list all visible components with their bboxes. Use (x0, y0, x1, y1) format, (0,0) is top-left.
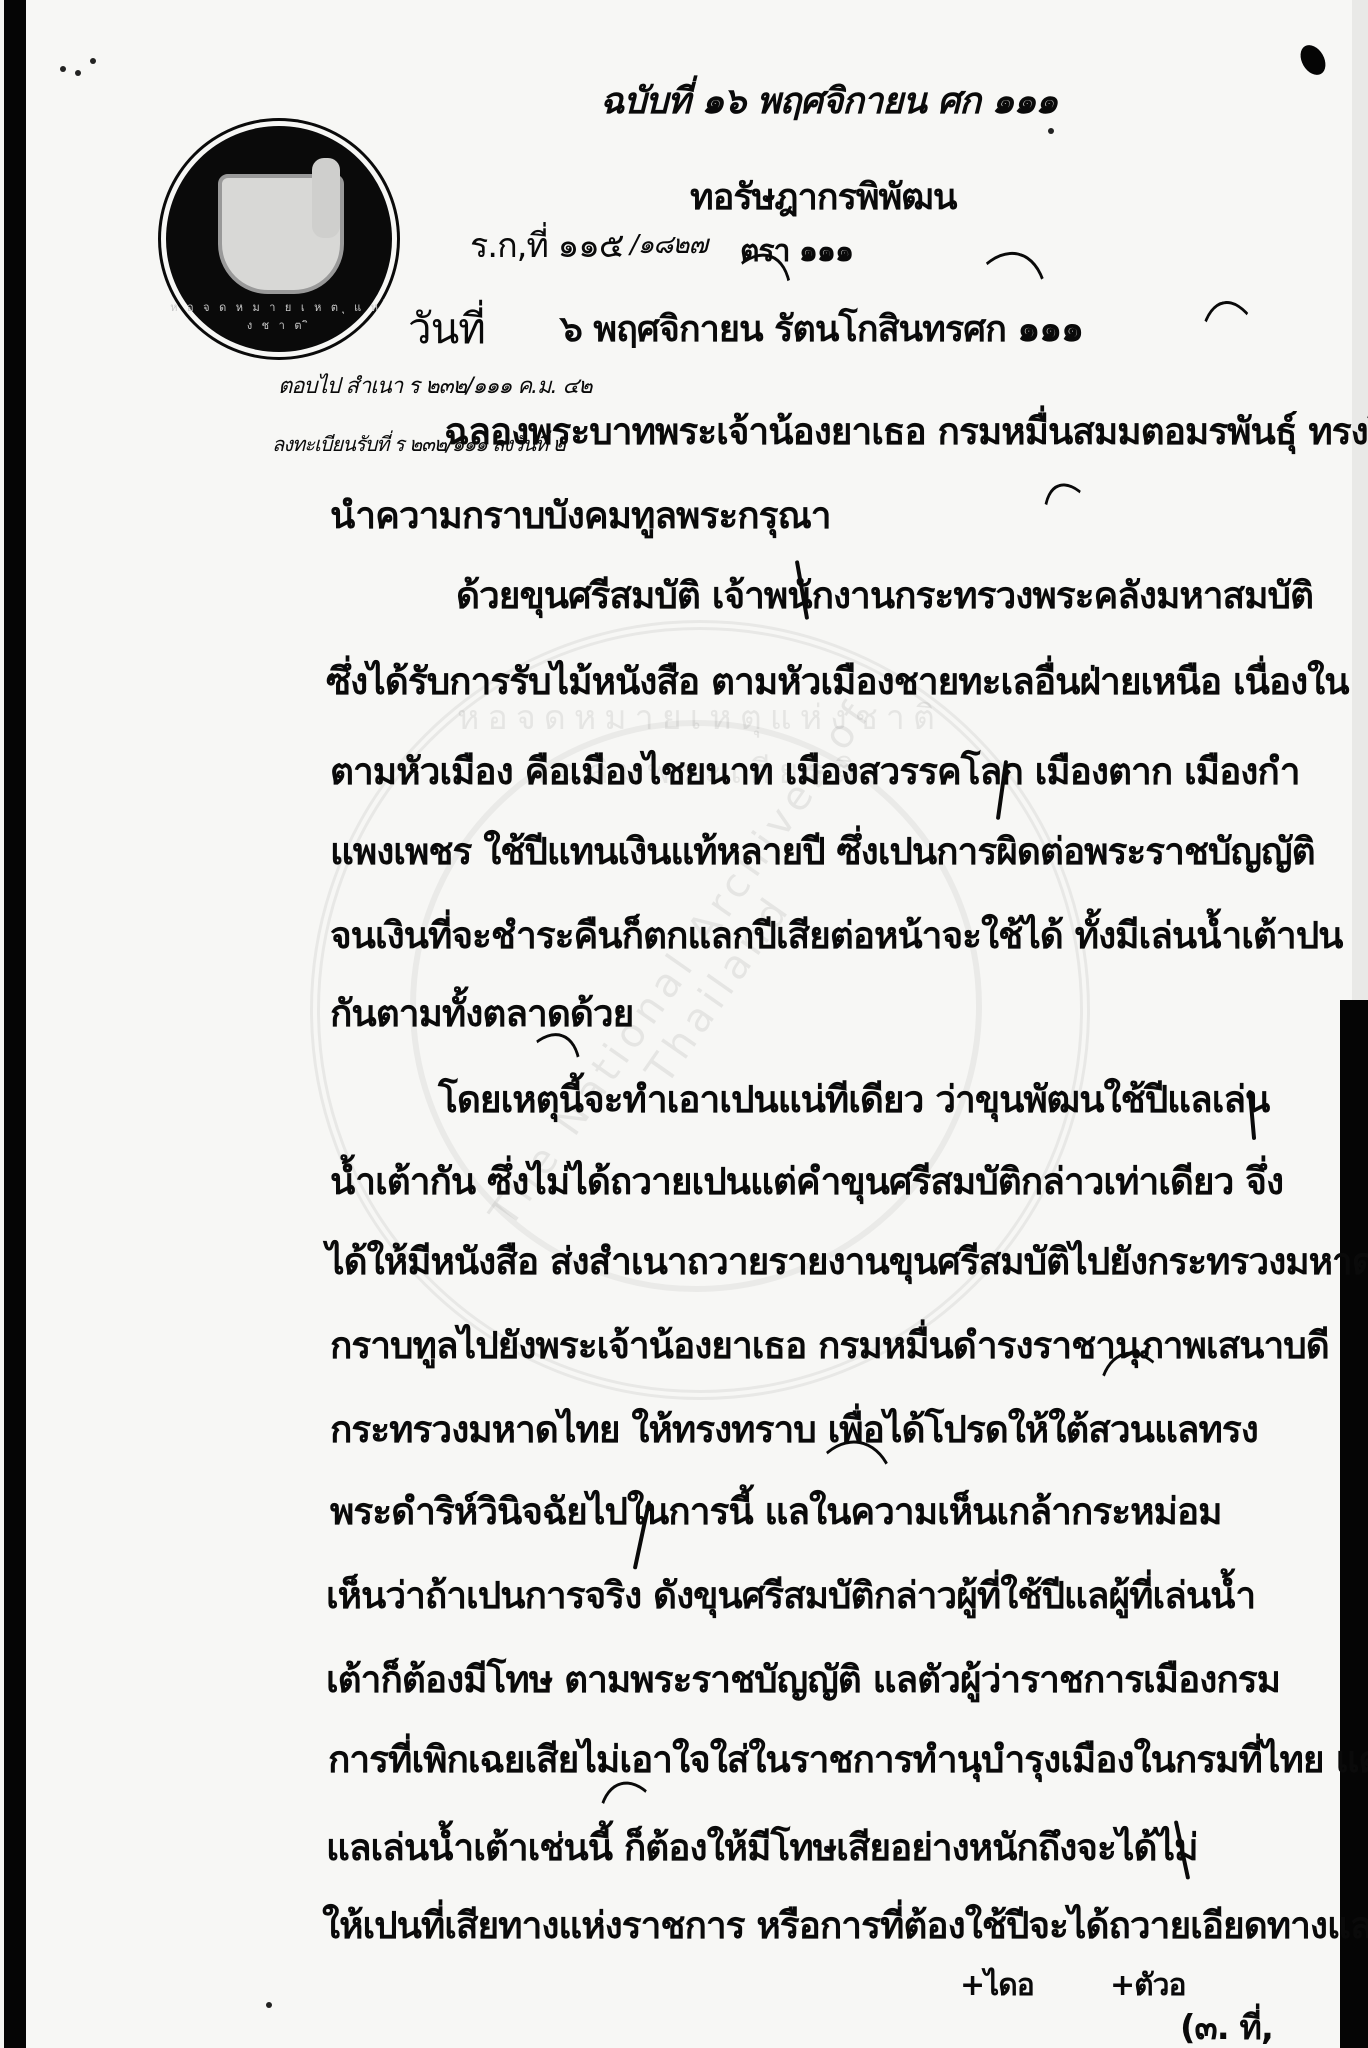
body-line-12: กราบทูลไปยังพระเจ้าน้องยาเธอ กรมหมื่นดำร… (330, 1316, 1329, 1375)
ink-speck (75, 70, 81, 76)
ink-speck (60, 66, 66, 72)
body-line-3: ด้วยขุนศรีสมบัติ เจ้าพนักงานกระทรวงพระคล… (456, 566, 1313, 625)
body-line-10: น้ำเต้ากัน ซึ่งไม่ได้ถวายเปนแต่คำขุนศรีส… (330, 1152, 1283, 1211)
page-continuation-marker: (๓. ที่, (1180, 2000, 1273, 2048)
seal-crest-icon (312, 158, 340, 238)
ink-speck (90, 58, 96, 64)
body-line-4: ซึ่งได้รับการรับไม้หนังสือ ตามหัวเมืองชา… (326, 652, 1349, 711)
document-title: ทอรัษฎากรพิพัฒน (690, 168, 957, 225)
scan-right-edge (1340, 1000, 1368, 2048)
body-line-14: พระดำริห์วินิจฉัยไปในการนี้ แลในความเห็น… (330, 1482, 1221, 1541)
body-line-17: การที่เพิกเฉยเสียไม่เอาใจใส่ในราชการทำนุ… (328, 1730, 1368, 1789)
seal-ring-text: ห อ จ ด ห ม า ย เ ห ต ุ แ ห ่ ง ช า ต ิ (166, 298, 392, 334)
ink-speck (1048, 128, 1054, 134)
body-line-16: เต้าก็ต้องมีโทษ ตามพระราชบัญญัติ แลตัวผู… (326, 1650, 1280, 1709)
official-seal-stamp: ห อ จ ด ห ม า ย เ ห ต ุ แ ห ่ ง ช า ต ิ (166, 126, 392, 352)
date-label: วันที่ (408, 296, 485, 362)
body-line-6: แพงเพชร ใช้ปีแทนเงินแท้หลายปี ซึ่งเปนการ… (330, 822, 1315, 881)
document-header-line: ฉบับที่ ๑๖ พฤศจิกายน ศก ๑๑๑ (600, 72, 1057, 129)
ink-speck (266, 2002, 272, 2008)
footer-annotation-2: +ตัวอ (1110, 1962, 1185, 2009)
scan-right-margin (1352, 0, 1368, 1000)
body-line-19: ให้เปนที่เสียทางแห่งราชการ หรือการที่ต้อ… (322, 1896, 1368, 1955)
reference-annotation: /๑๘๒๗ (630, 224, 707, 265)
body-line-5: ตามหัวเมือง คือเมืองไชยนาท เมืองสวรรคโลก… (330, 742, 1300, 801)
body-line-15: เห็นว่าถ้าเปนการจริง ดังขุนศรีสมบัติกล่า… (326, 1566, 1255, 1625)
body-line-8: กันตามทั้งตลาดด้วย (330, 984, 633, 1043)
body-line-7: จนเงินที่จะชำระคืนก็ตกแลกปีเสียต่อหน้าจะ… (330, 906, 1342, 965)
body-line-18: แลเล่นน้ำเต้าเช่นนี้ ก็ต้องให้มีโทษเสียอ… (326, 1818, 1198, 1877)
body-line-2: นำความกราบบังคมทูลพระกรุณา (330, 486, 831, 545)
reference-number: ร.ก,ที่ ๑๑๕ (470, 218, 624, 272)
scan-left-edge (4, 0, 26, 2048)
margin-note-reply: ตอบไป สำเนา ร ๒๓๒/๑๑๑ ค.ม. ๔๒ (278, 368, 592, 403)
body-line-11: ได้ให้มีหนังสือ ส่งสำเนาถวายรายงานขุนศรี… (326, 1232, 1368, 1291)
footer-annotation-1: +ไดอ (960, 1962, 1034, 2009)
